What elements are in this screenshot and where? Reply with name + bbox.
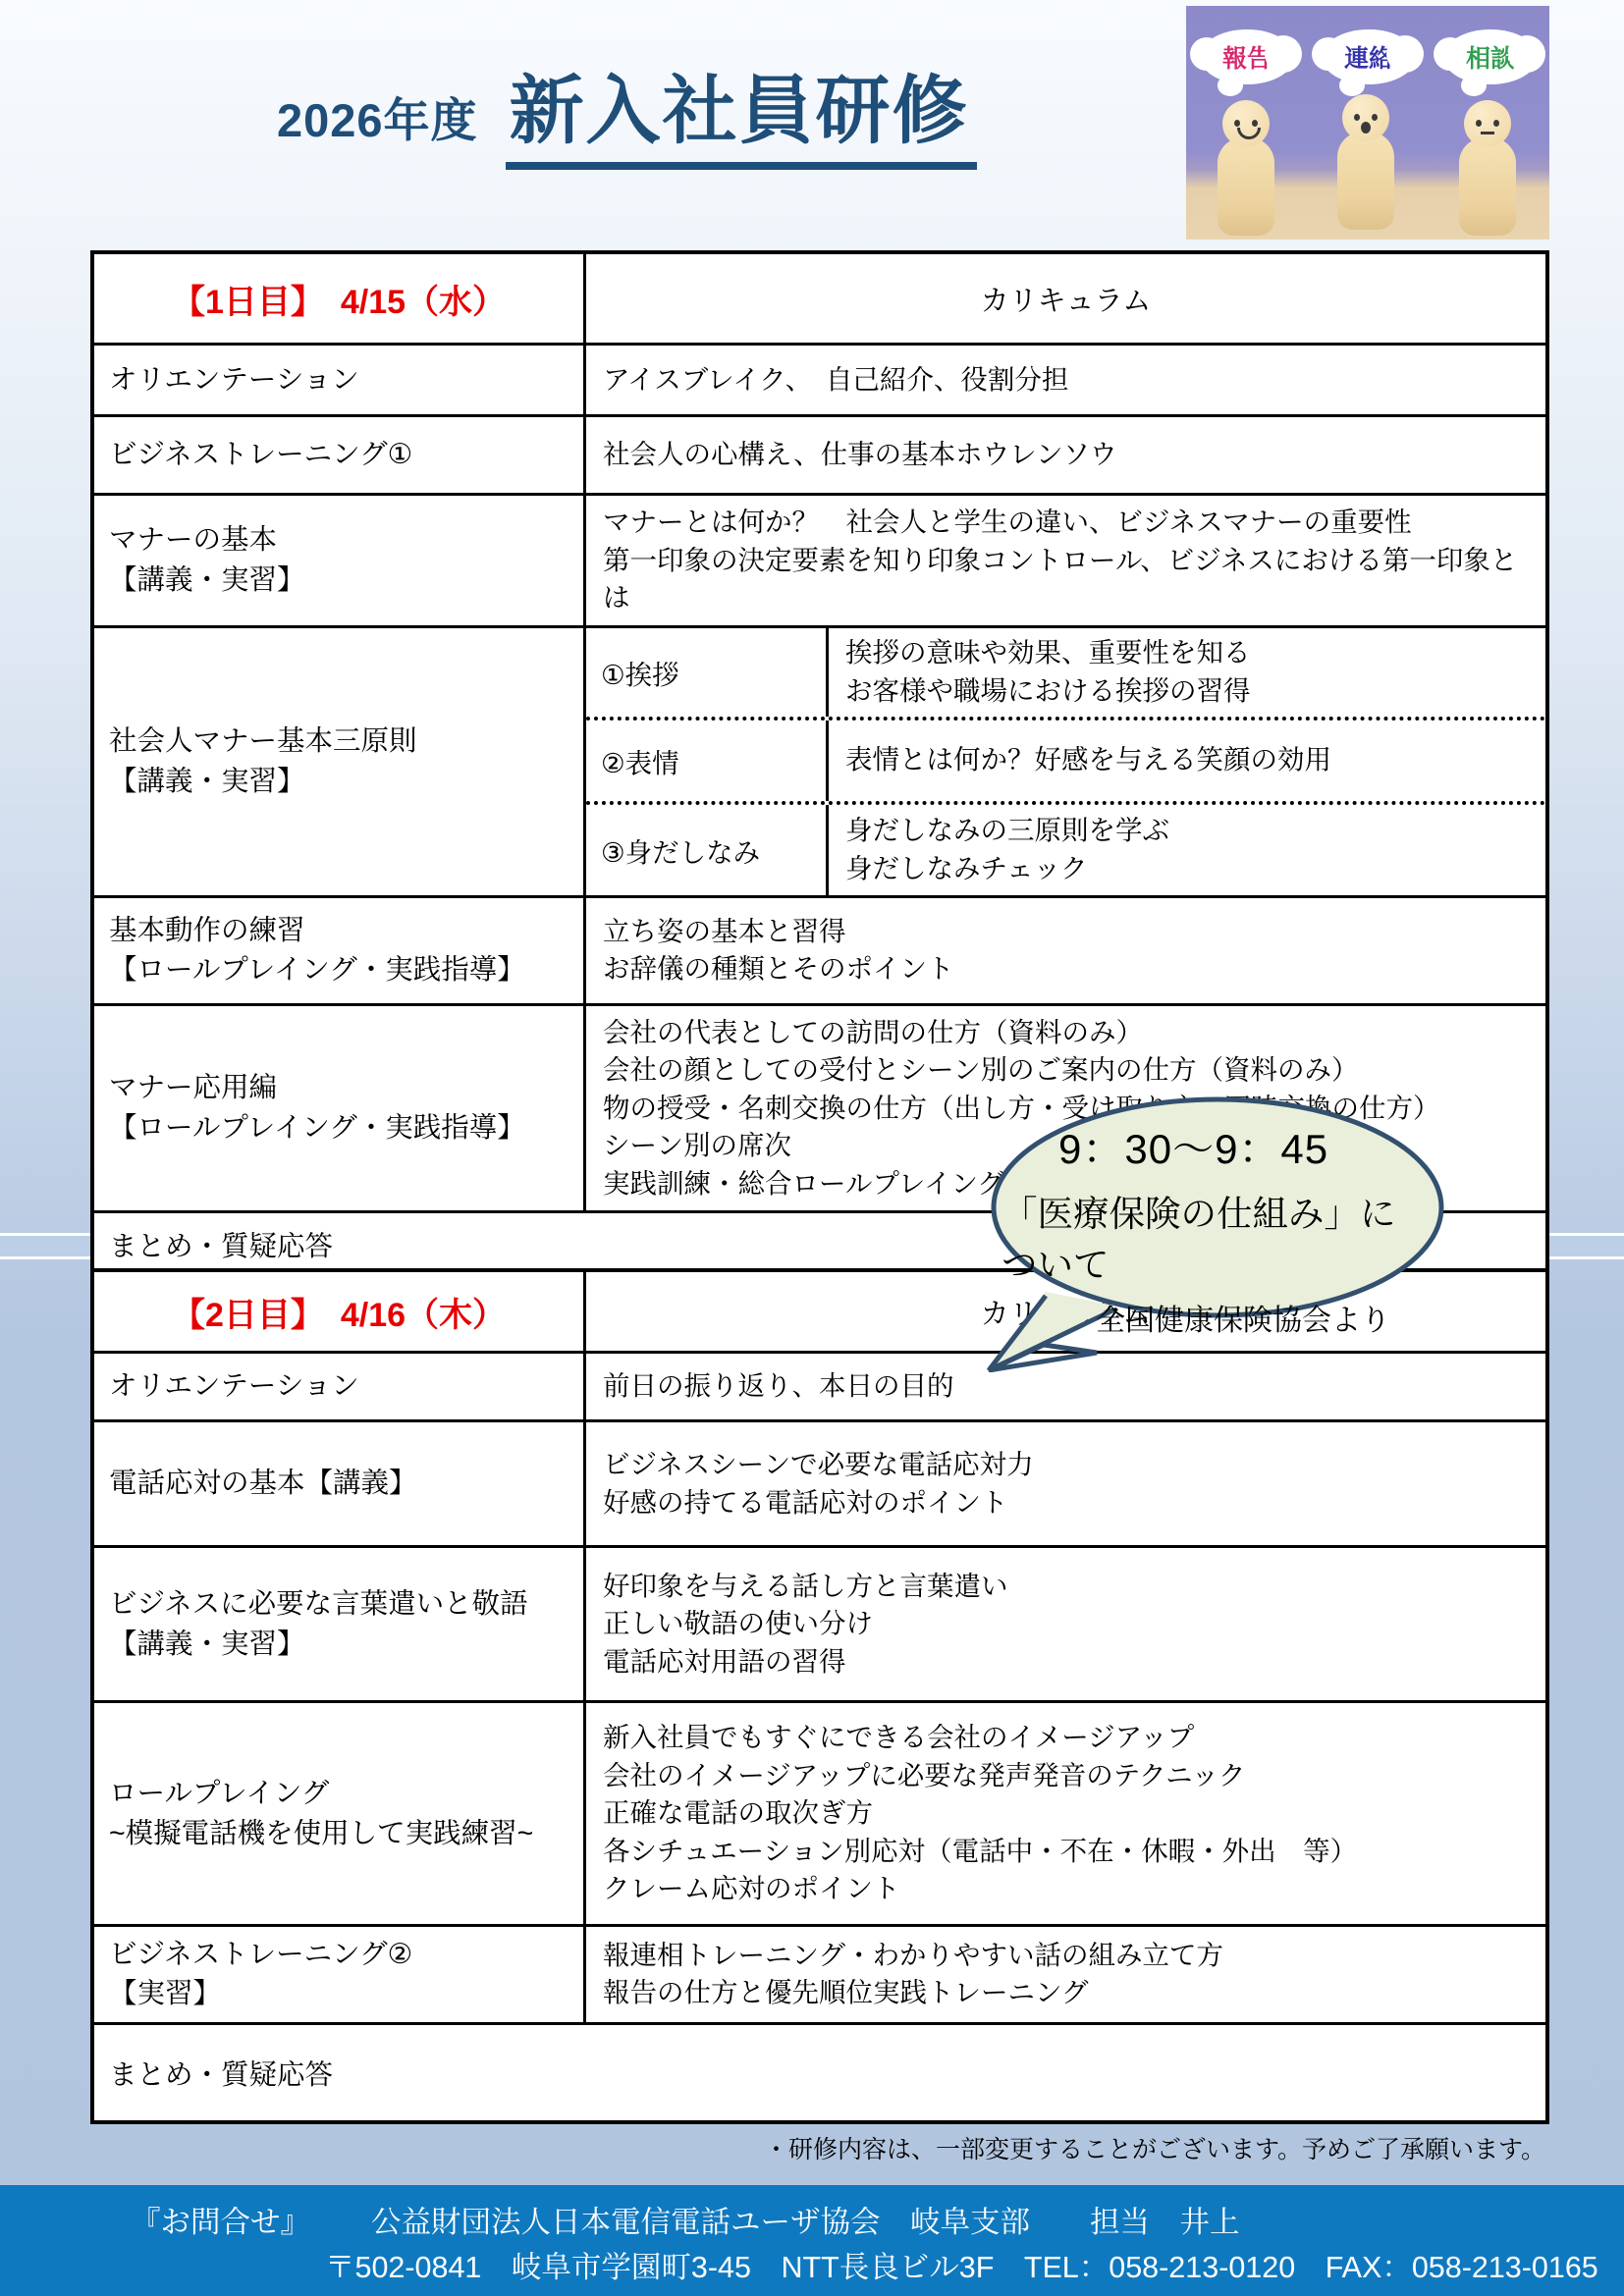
sub-detail-cell: 挨拶の意味や効果、重要性を知るお客様や職場における挨拶の習得 xyxy=(829,628,1545,717)
figure-body xyxy=(1337,132,1394,230)
cell-text-line: 電話応対用語の習得 xyxy=(603,1643,1536,1682)
figure-eye xyxy=(1252,120,1258,127)
day-label: 【2日目】 4/16（木） xyxy=(94,1272,586,1351)
figure-mouth xyxy=(1481,132,1494,134)
cell-text-line: ~模擬電話機を使用して実践練習~ xyxy=(109,1814,573,1853)
detail-cell: 立ち姿の基本と習得お辞儀の種類とそのポイント xyxy=(586,898,1545,1003)
detail-cell: 報連相トレーニング・わかりやすい話の組み立て方報告の仕方と優先順位実践トレーニン… xyxy=(586,1927,1545,2022)
cell-text-line: 【講義・実習】 xyxy=(109,762,573,801)
detail-cell: 新入社員でもすぐにできる会社のイメージアップ会社のイメージアップに必要な発声発音… xyxy=(586,1703,1545,1924)
cell-text-line: 【ロールプレイング・実践指導】 xyxy=(109,950,573,989)
cell-text-line: オリエンテーション xyxy=(109,1366,573,1406)
figure-body xyxy=(1218,137,1274,236)
wooden-figure-neutral xyxy=(1457,100,1518,236)
figure-head xyxy=(1342,94,1389,141)
speech-cloud-renraku: 連絡 xyxy=(1322,29,1416,84)
topic-cell: ロールプレイング~模擬電話機を使用して実践練習~ xyxy=(94,1703,586,1924)
summary-cell: まとめ・質疑応答 xyxy=(94,2025,1545,2120)
flyer-page: 2026年度 新入社員研修 報告 連絡 相談 xyxy=(0,0,1624,2296)
topic-cell: オリエンテーション xyxy=(94,1354,586,1419)
cell-text-line: 報告の仕方と優先順位実践トレーニング xyxy=(603,1974,1536,2012)
cell-text-line: オリエンテーション xyxy=(109,360,573,400)
sub-detail-cell: 表情とは何か？好感を与える笑顔の効用 xyxy=(829,721,1545,801)
footer-address-line: 〒502-0841 岐阜市学園町3-45 NTT長良ビル3F TEL：058-2… xyxy=(325,2246,1624,2291)
cloud-label: 報告 xyxy=(1222,39,1272,75)
table-row: ロールプレイング~模擬電話機を使用して実践練習~新入社員でもすぐにできる会社のイ… xyxy=(94,1700,1545,1924)
cloud-label: 相談 xyxy=(1466,39,1515,75)
sub-row: ②表情表情とは何か？好感を与える笑顔の効用 xyxy=(586,717,1545,801)
footer-bar: 『お問合せ』公益財団法人日本電信電話ユーザ協会 岐阜支部 担当 井上 〒502-… xyxy=(0,2185,1624,2296)
sub-topic-cell: ③身だしなみ xyxy=(586,805,829,895)
figure-eye xyxy=(1234,120,1240,127)
page-title: 新入社員研修 xyxy=(506,51,977,170)
figure-mouth xyxy=(1361,122,1371,133)
cell-text-line: マナーの基本 xyxy=(109,520,573,560)
cell-text-line: 表情とは何か？好感を与える笑顔の効用 xyxy=(845,741,1538,779)
cell-text-line: 前日の振り返り、本日の目的 xyxy=(603,1367,1536,1406)
topic-cell: マナーの基本【講義・実習】 xyxy=(94,496,586,625)
callout-time: 9：30～9：45 xyxy=(1001,1117,1424,1176)
horenso-photo: 報告 連絡 相談 xyxy=(1186,6,1549,240)
figure-head xyxy=(1222,100,1270,147)
speech-cloud-soudan: 相談 xyxy=(1443,29,1538,84)
wooden-figure-surprised xyxy=(1335,94,1396,230)
cell-text-line: 報連相トレーニング・わかりやすい話の組み立て方 xyxy=(603,1937,1536,1975)
detail-cell: ビジネスシーンで必要な電話応対力好感の持てる電話応対のポイント xyxy=(586,1422,1545,1545)
cell-text-line: ビジネスに必要な言葉遣いと敬語 xyxy=(109,1584,573,1624)
cell-text-line: 社会人の心構え、仕事の基本ホウレンソウ xyxy=(603,436,1536,474)
table-row: オリエンテーションアイスブレイク、 自己紹介、役割分担 xyxy=(94,343,1545,414)
figure-eye xyxy=(1372,114,1378,121)
sub-row: ①挨拶挨拶の意味や効果、重要性を知るお客様や職場における挨拶の習得 xyxy=(586,628,1545,717)
topic-cell: 基本動作の練習【ロールプレイング・実践指導】 xyxy=(94,898,586,1003)
callout-text: 9：30～9：45 「医療保険の仕組み」について 全国健康保険協会より xyxy=(1001,1117,1424,1339)
detail-cell: マナーとは何か？ 社会人と学生の違い、ビジネスマナーの重要性第一印象の決定要素を… xyxy=(586,496,1545,625)
cell-text-line: 会社の顔としての受付とシーン別のご案内の仕方（資料のみ） xyxy=(603,1051,1536,1090)
sub-detail-cell: 身だしなみの三原則を学ぶ身だしなみチェック xyxy=(829,805,1545,895)
table-header-row: 【1日目】 4/15（水）カリキュラム xyxy=(94,254,1545,343)
cell-text-line: 基本動作の練習 xyxy=(109,911,573,950)
cell-text-line: 正確な電話の取次ぎ方 xyxy=(603,1794,1536,1833)
topic-cell: 社会人マナー基本三原則【講義・実習】 xyxy=(94,628,586,895)
cell-text-line: アイスブレイク、 自己紹介、役割分担 xyxy=(603,361,1536,400)
cell-text-line: ビジネストレーニング① xyxy=(109,435,573,474)
cell-text-line: ロールプレイング xyxy=(109,1774,573,1813)
figure-head xyxy=(1464,100,1511,147)
figure-eye xyxy=(1476,120,1482,127)
cell-text-line: 正しい敬語の使い分け xyxy=(603,1605,1536,1643)
curriculum-header: カリキュラム xyxy=(586,254,1545,343)
speech-cloud-houkoku: 報告 xyxy=(1200,29,1294,84)
footer-contact-label: 『お問合せ』 xyxy=(131,2206,310,2239)
day-label: 【1日目】 4/15（水） xyxy=(94,254,586,343)
cell-text-line: 会社のイメージアップに必要な発声発音のテクニック xyxy=(603,1757,1536,1795)
cell-text-line: 【ロールプレイング・実践指導】 xyxy=(109,1108,573,1148)
table-row: ビジネスに必要な言葉遣いと敬語【講義・実習】好印象を与える話し方と言葉遣い正しい… xyxy=(94,1545,1545,1700)
page-title-block: 2026年度 新入社員研修 xyxy=(277,51,977,170)
cell-text-line: 会社の代表としての訪問の仕方（資料のみ） xyxy=(603,1014,1536,1052)
sub-rows: ①挨拶挨拶の意味や効果、重要性を知るお客様や職場における挨拶の習得②表情表情とは… xyxy=(586,628,1545,895)
callout-source: 全国健康保険協会より xyxy=(1001,1296,1424,1339)
table-row: マナーの基本【講義・実習】マナーとは何か？ 社会人と学生の違い、ビジネスマナーの… xyxy=(94,493,1545,625)
table-row: ビジネストレーニング②【実習】報連相トレーニング・わかりやすい話の組み立て方報告… xyxy=(94,1924,1545,2022)
wooden-figure-smile xyxy=(1216,100,1276,236)
cloud-tail xyxy=(1218,75,1243,96)
topic-cell: ビジネストレーニング②【実習】 xyxy=(94,1927,586,2022)
cell-text-line: マナーとは何か？ 社会人と学生の違い、ビジネスマナーの重要性 xyxy=(603,504,1536,542)
cell-text-line: お辞儀の種類とそのポイント xyxy=(603,950,1536,988)
figure-eye xyxy=(1354,114,1360,121)
cell-text-line: 各シチュエーション別応対（電話中・不在・休暇・外出 等） xyxy=(603,1833,1536,1871)
day2-schedule-table: 【2日目】 4/16（木）カリキュラムオリエンテーション前日の振り返り、本日の目… xyxy=(90,1268,1549,2124)
table-row: 電話応対の基本【講義】ビジネスシーンで必要な電話応対力好感の持てる電話応対のポイ… xyxy=(94,1419,1545,1545)
cloud-label: 連絡 xyxy=(1344,39,1393,75)
figure-mouth xyxy=(1237,128,1261,139)
table-row: 社会人マナー基本三原則【講義・実習】①挨拶挨拶の意味や効果、重要性を知るお客様や… xyxy=(94,625,1545,895)
cell-text-line: 身だしなみの三原則を学ぶ xyxy=(845,812,1538,850)
topic-cell: ビジネスに必要な言葉遣いと敬語【講義・実習】 xyxy=(94,1548,586,1700)
cell-text-line: クレーム応対のポイント xyxy=(603,1870,1536,1908)
sub-topic-cell: ①挨拶 xyxy=(586,628,829,717)
cell-text-line: 電話応対の基本【講義】 xyxy=(109,1464,573,1503)
footer-org: 公益財団法人日本電信電話ユーザ協会 岐阜支部 担当 井上 xyxy=(371,2206,1240,2239)
figure-body xyxy=(1459,137,1516,236)
cell-text-line: ビジネスシーンで必要な電話応対力 xyxy=(603,1446,1536,1484)
detail-cell: アイスブレイク、 自己紹介、役割分担 xyxy=(586,346,1545,414)
cell-text-line: 身だしなみチェック xyxy=(845,850,1538,888)
cell-text-line: マナー応用編 xyxy=(109,1068,573,1107)
cell-text-line: 第一印象の決定要素を知り印象コントロール、ビジネスにおける第一印象とは xyxy=(603,542,1536,617)
topic-cell: 電話応対の基本【講義】 xyxy=(94,1422,586,1545)
sub-topic-cell: ②表情 xyxy=(586,721,829,801)
cell-text-line: ビジネストレーニング② xyxy=(109,1935,573,1974)
callout-topic: 「医療保険の仕組み」について xyxy=(1001,1186,1424,1288)
cell-text-line: 【実習】 xyxy=(109,1974,573,2013)
topic-cell: ビジネストレーニング① xyxy=(94,417,586,493)
footer-contact-line: 『お問合せ』公益財団法人日本電信電話ユーザ協会 岐阜支部 担当 井上 xyxy=(131,2201,1624,2246)
cell-text-line: 好感の持てる電話応対のポイント xyxy=(603,1484,1536,1522)
cloud-tail xyxy=(1339,75,1365,96)
table-row: ビジネストレーニング①社会人の心構え、仕事の基本ホウレンソウ xyxy=(94,414,1545,493)
detail-cell: 社会人の心構え、仕事の基本ホウレンソウ xyxy=(586,417,1545,493)
cell-text-line: 【講義・実習】 xyxy=(109,1625,573,1664)
table-row: 基本動作の練習【ロールプレイング・実践指導】立ち姿の基本と習得お辞儀の種類とその… xyxy=(94,895,1545,1003)
figure-eye xyxy=(1493,120,1499,127)
cell-text-line: 新入社員でもすぐにできる会社のイメージアップ xyxy=(603,1719,1536,1757)
cell-text-line: 【講義・実習】 xyxy=(109,561,573,600)
cell-text-line: 好印象を与える話し方と言葉遣い xyxy=(603,1568,1536,1606)
change-note: ・研修内容は、一部変更することがございます。予めご了承願います。 xyxy=(764,2130,1545,2165)
topic-cell: オリエンテーション xyxy=(94,346,586,414)
topic-cell: マナー応用編【ロールプレイング・実践指導】 xyxy=(94,1006,586,1211)
cell-text-line: お客様や職場における挨拶の習得 xyxy=(845,672,1538,711)
cloud-tail xyxy=(1461,75,1487,96)
sub-row: ③身だしなみ身だしなみの三原則を学ぶ身だしなみチェック xyxy=(586,801,1545,895)
cell-text-line: 立ち姿の基本と習得 xyxy=(603,913,1536,951)
title-year: 2026年度 xyxy=(277,84,478,150)
cell-text-line: 社会人マナー基本三原則 xyxy=(109,721,573,761)
table-row: まとめ・質疑応答 xyxy=(94,2022,1545,2120)
detail-cell: 好印象を与える話し方と言葉遣い正しい敬語の使い分け電話応対用語の習得 xyxy=(586,1548,1545,1700)
cell-text-line: 挨拶の意味や効果、重要性を知る xyxy=(845,634,1538,672)
